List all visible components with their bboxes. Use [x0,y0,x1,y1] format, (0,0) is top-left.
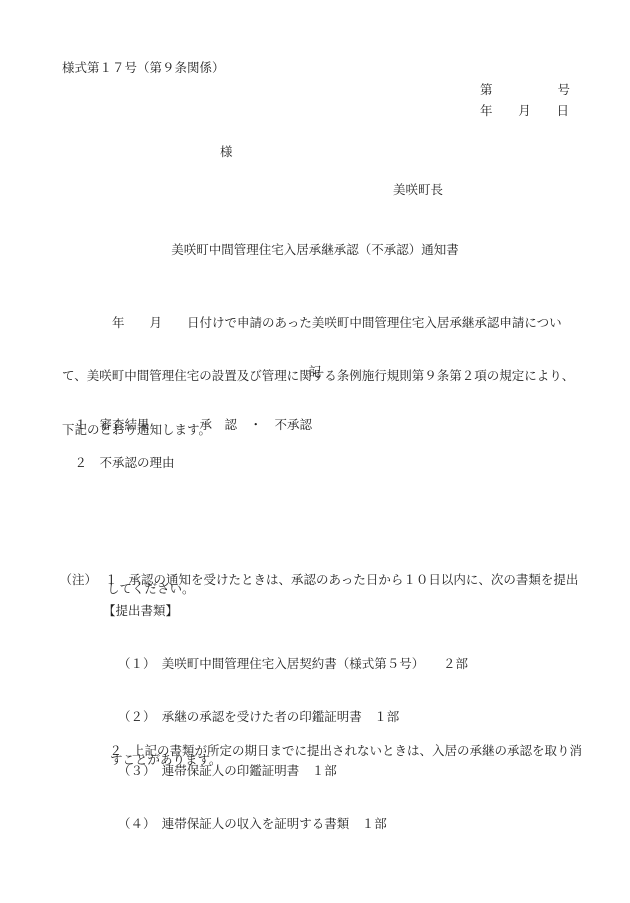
note1-text: 承認の通知を受けたときは、承認のあった日から１０日以内に、次の書類を提出 [129,573,579,588]
document-item: （４） 連帯保証人の収入を証明する書類 １部 [118,813,468,836]
item-value: 承 認 ・ 不承認 [200,418,313,433]
document-item: （１） 美咲町中間管理住宅入居契約書（様式第５号） ２部 [118,653,468,676]
date-year-label: 年 [480,104,493,119]
item-label: 審査結果 [100,418,150,433]
sender-name: 美咲町長 [393,183,443,198]
doc-number-prefix: 第 [480,83,493,98]
notes-label: （注） [60,573,98,587]
date-line: 年 月 日 [480,104,569,119]
doc-number-line: 第 号 [480,83,570,98]
document-title: 美咲町中間管理住宅入居承継承認（不承認）通知書 [0,243,630,258]
note1-line2: してください。 [107,582,195,597]
record-marker: 記 [0,365,630,380]
date-month-label: 月 [518,104,531,119]
item-number: １ [75,418,88,432]
form-number: 様式第１７号（第９条関係） [62,61,225,76]
document-item: （２） 承継の承認を受けた者の印鑑証明書 １部 [118,706,468,729]
note2-line2: すことがあります。 [110,753,222,768]
document-page: 様式第１７号（第９条関係） 第 号 年 月 日 様 美咲町長 美咲町中間管理住宅… [0,0,630,903]
documents-header: 【提出書類】 [103,604,178,619]
item-disapproval-reason: ２不承認の理由 [62,441,175,486]
doc-number-suffix: 号 [557,83,570,98]
body-line: 年 月 日付けで申請のあった美咲町中間管理住宅入居承継承認申請につい [62,312,574,335]
item-label: 不承認の理由 [100,456,175,471]
addressee-honorific: 様 [220,145,233,160]
date-day-label: 日 [556,104,569,119]
item-number: ２ [75,456,88,470]
